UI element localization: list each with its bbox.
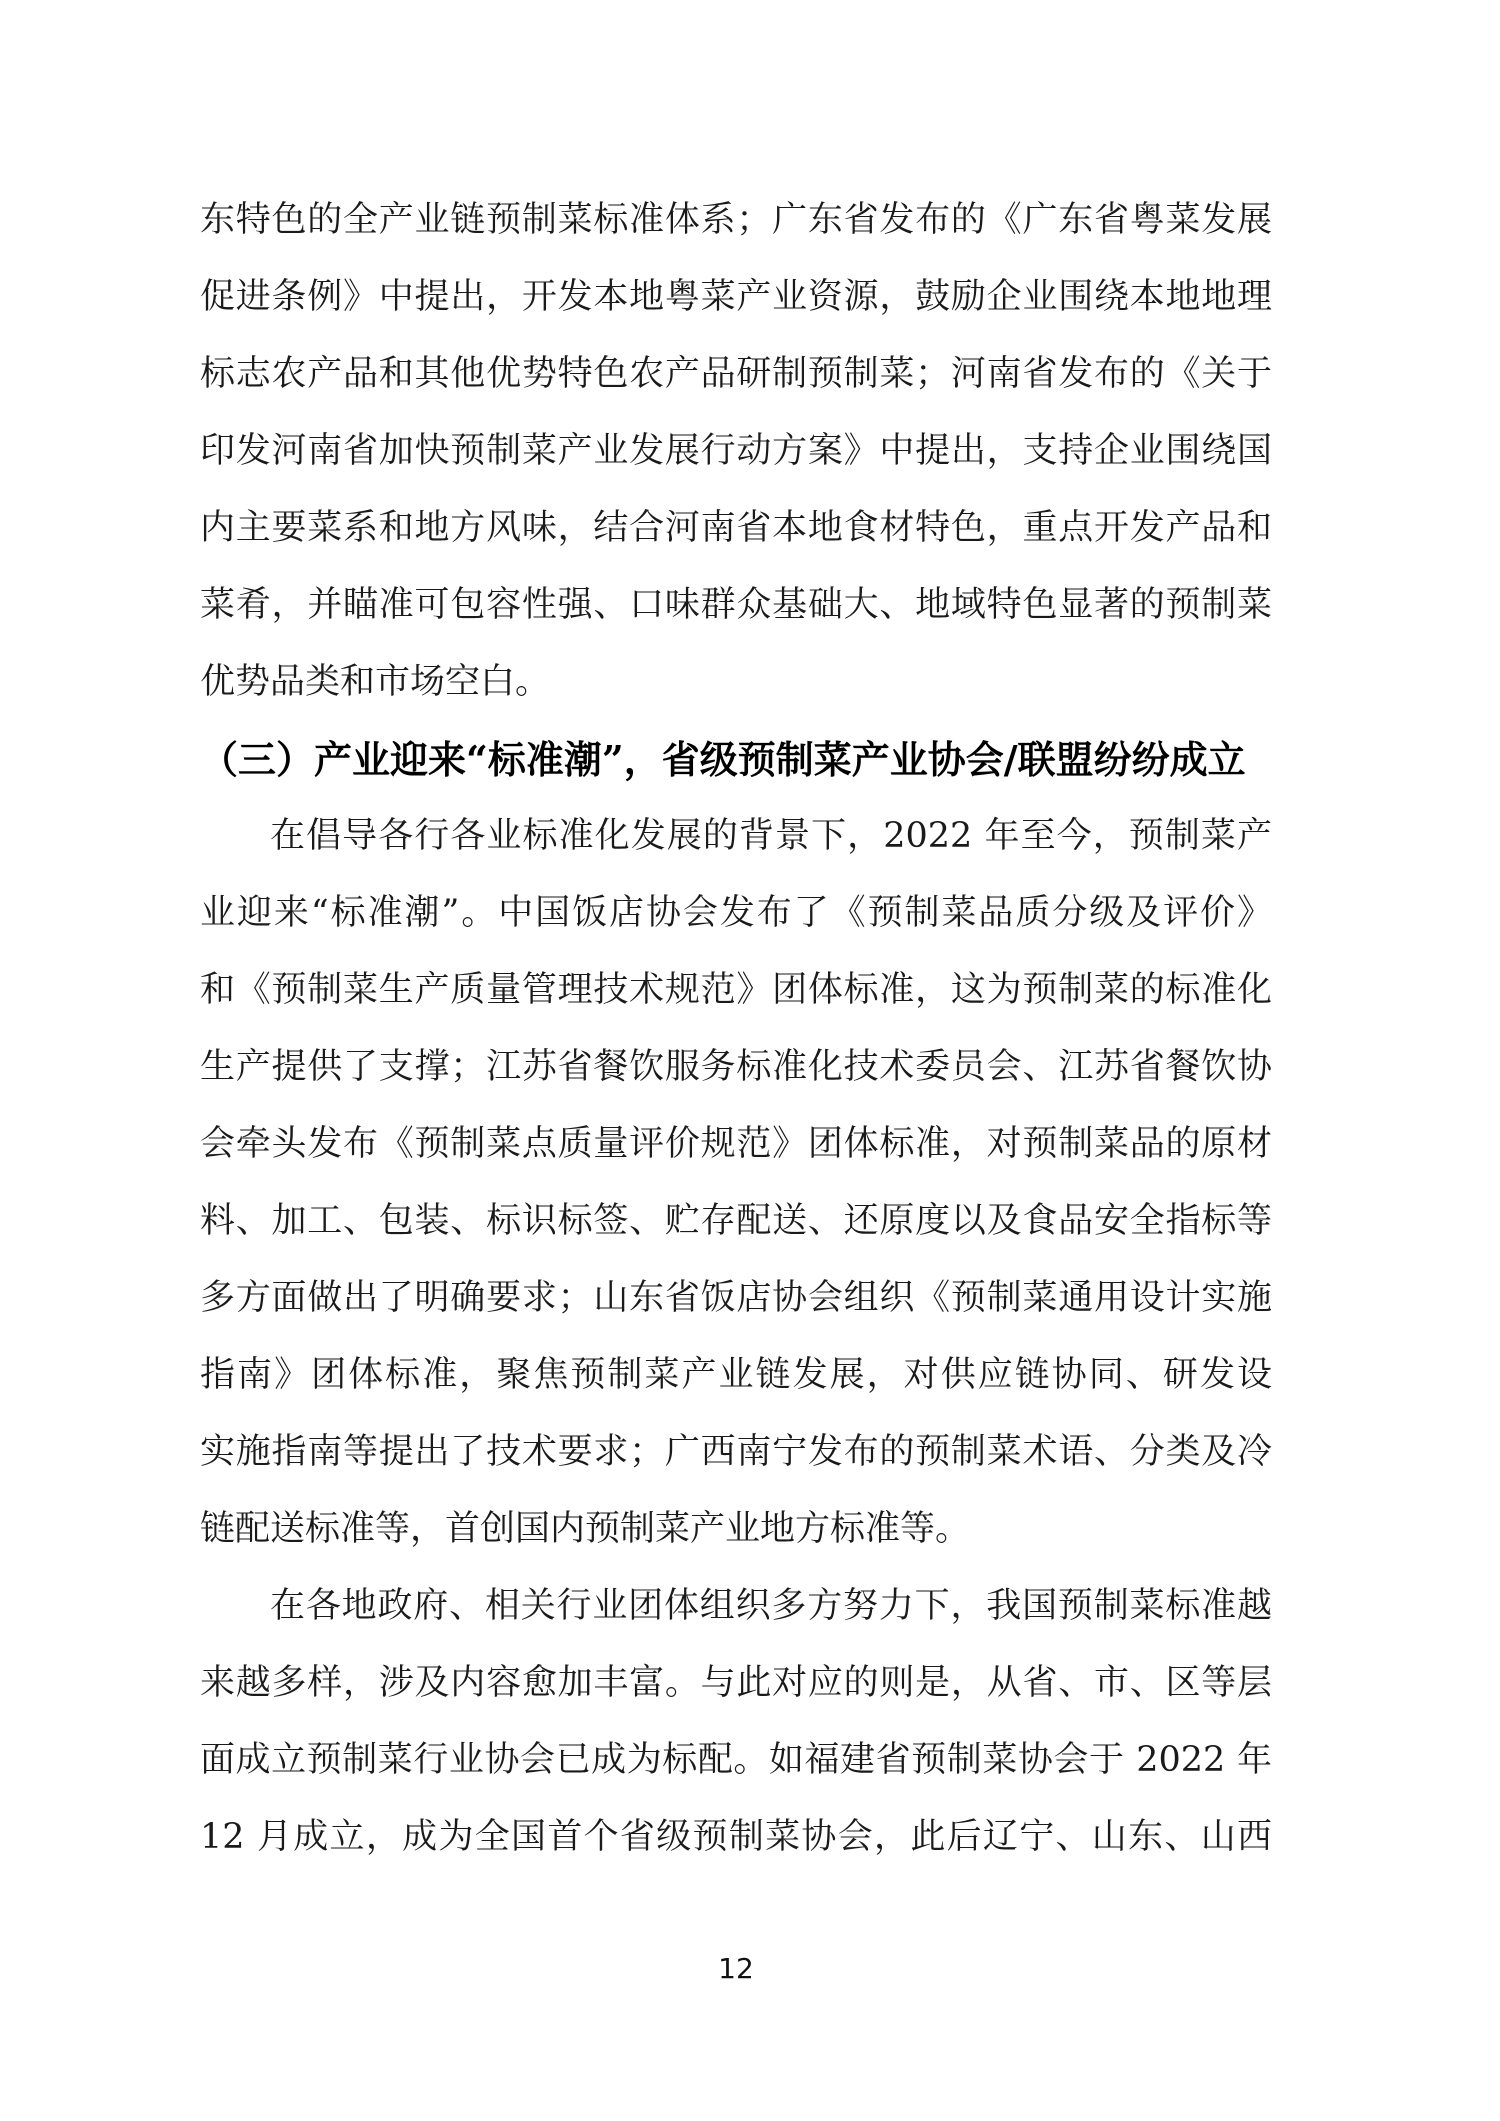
text-line: 标志农产品和其他优势特色农产品研制预制菜；河南省发布的《关于 [200, 336, 1272, 413]
text-line: 面成立预制菜行业协会已成为标配。如福建省预制菜协会于 2022 年 [200, 1722, 1272, 1799]
text-line: 优势品类和市场空白。 [200, 644, 1272, 721]
text-line: 在各地政府、相关行业团体组织多方努力下，我国预制菜标准越 [200, 1568, 1272, 1645]
page-number: 12 [718, 1952, 754, 1985]
document-body: 东特色的全产业链预制菜标准体系；广东省发布的《广东省粤菜发展促进条例》中提出，开… [200, 182, 1272, 1876]
page-footer: 12 [200, 1952, 1272, 1985]
text-line: 菜肴，并瞄准可包容性强、口味群众基础大、地域特色显著的预制菜 [200, 567, 1272, 644]
section-heading-text: （三）产业迎来“标准潮”，省级预制菜产业协会/联盟纷纷成立 [200, 721, 1272, 798]
text-line: 促进条例》中提出，开发本地粤菜产业资源，鼓励企业围绕本地地理 [200, 259, 1272, 336]
section-heading: （三）产业迎来“标准潮”，省级预制菜产业协会/联盟纷纷成立 [200, 721, 1272, 798]
text-line: 指南》团体标准，聚焦预制菜产业链发展，对供应链协同、研发设计、 [200, 1337, 1272, 1414]
text-line: 和《预制菜生产质量管理技术规范》团体标准，这为预制菜的标准化 [200, 952, 1272, 1029]
text-line: 内主要菜系和地方风味，结合河南省本地食材特色，重点开发产品和 [200, 490, 1272, 567]
text-line: 链配送标准等，首创国内预制菜产业地方标准等。 [200, 1491, 1272, 1568]
paragraph: 在各地政府、相关行业团体组织多方努力下，我国预制菜标准越来越多样，涉及内容愈加丰… [200, 1568, 1272, 1876]
text-line: 印发河南省加快预制菜产业发展行动方案》中提出，支持企业围绕国 [200, 413, 1272, 490]
text-line: 料、加工、包装、标识标签、贮存配送、还原度以及食品安全指标等 [200, 1183, 1272, 1260]
text-line: 会牵头发布《预制菜点质量评价规范》团体标准，对预制菜品的原材 [200, 1106, 1272, 1183]
text-line: 来越多样，涉及内容愈加丰富。与此对应的则是，从省、市、区等层 [200, 1645, 1272, 1722]
paragraph: 东特色的全产业链预制菜标准体系；广东省发布的《广东省粤菜发展促进条例》中提出，开… [200, 182, 1272, 721]
text-line: 12 月成立，成为全国首个省级预制菜协会，此后辽宁、山东、山西 [200, 1799, 1272, 1876]
document-page: 东特色的全产业链预制菜标准体系；广东省发布的《广东省粤菜发展促进条例》中提出，开… [0, 0, 1500, 2121]
text-line: 在倡导各行各业标准化发展的背景下，2022 年至今，预制菜产 [200, 798, 1272, 875]
text-line: 东特色的全产业链预制菜标准体系；广东省发布的《广东省粤菜发展 [200, 182, 1272, 259]
paragraph: 在倡导各行各业标准化发展的背景下，2022 年至今，预制菜产业迎来“标准潮”。中… [200, 798, 1272, 1568]
text-line: 多方面做出了明确要求；山东省饭店协会组织《预制菜通用设计实施 [200, 1260, 1272, 1337]
text-line: 实施指南等提出了技术要求；广西南宁发布的预制菜术语、分类及冷 [200, 1414, 1272, 1491]
text-line: 业迎来“标准潮”。中国饭店协会发布了《预制菜品质分级及评价》 [200, 875, 1272, 952]
text-line: 生产提供了支撑；江苏省餐饮服务标准化技术委员会、江苏省餐饮协 [200, 1029, 1272, 1106]
